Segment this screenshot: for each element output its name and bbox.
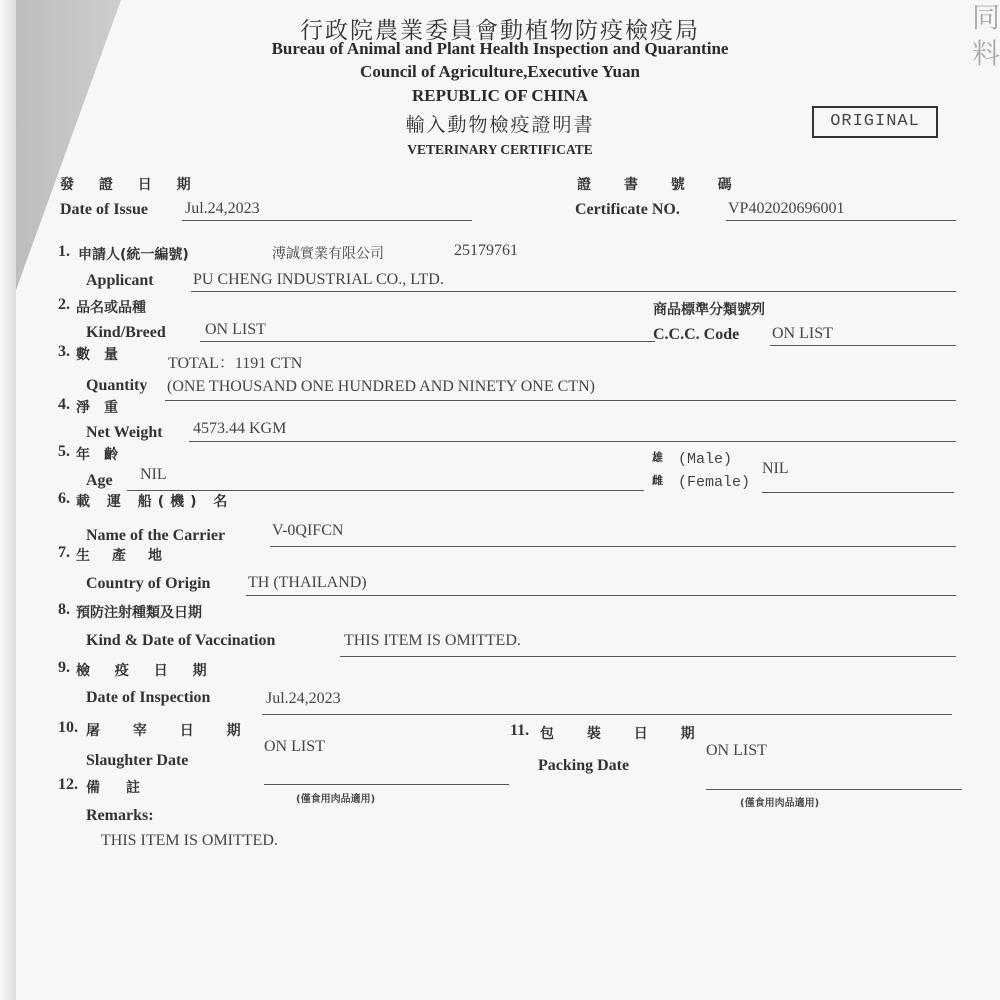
field-number: 9. <box>58 659 70 677</box>
net-weight-line <box>189 441 956 442</box>
slaughter-label-cn: 屠 宰 日 期 <box>86 720 255 740</box>
packing-label-cn: 包 裝 日 期 <box>540 723 709 743</box>
issue-date-value: Jul.24,2023 <box>185 200 260 218</box>
inspection-label: Date of Inspection <box>86 689 210 707</box>
kind-value: ON LIST <box>205 321 266 339</box>
age-value: NIL <box>140 466 167 484</box>
packing-label: Packing Date <box>538 757 629 775</box>
kind-label-cn: 品名或品種 <box>76 297 146 317</box>
net-weight-value: 4573.44 KGM <box>193 420 286 438</box>
carrier-value: V-0QIFCN <box>272 522 343 540</box>
age-label: Age <box>86 472 113 490</box>
field-number: 7. <box>58 544 70 562</box>
packing-line <box>706 789 962 790</box>
certificate-title-en: VETERINARY CERTIFICATE <box>0 142 1000 158</box>
original-stamp: ORIGINAL <box>812 106 938 138</box>
field-number: 11. <box>510 722 529 740</box>
female-label-cn: 雌 <box>652 472 663 488</box>
ccc-label-cn: 商品標準分類號列 <box>653 299 765 319</box>
vaccination-label: Kind & Date of Vaccination <box>86 632 275 650</box>
quantity-line <box>165 400 956 401</box>
inspection-value: Jul.24,2023 <box>266 690 341 708</box>
applicant-label: Applicant <box>86 272 154 290</box>
field-number: 8. <box>58 601 70 619</box>
kind-line <box>200 341 655 342</box>
applicant-tax-id: 25179761 <box>454 242 518 260</box>
inspection-label-cn: 檢 疫 日 期 <box>76 660 217 680</box>
applicant-name-cn: 溥誠實業有限公司 <box>272 243 384 263</box>
male-label-cn: 雄 <box>652 449 663 465</box>
net-weight-label-cn: 淨 重 <box>76 397 118 417</box>
remarks-value: THIS ITEM IS OMITTED. <box>101 832 278 850</box>
applicant-label-cn: 申請人(統一編號) <box>78 244 189 264</box>
field-number: 6. <box>58 490 70 508</box>
remarks-label-cn: 備 註 <box>86 777 146 797</box>
male-label: (Male) <box>678 451 732 468</box>
origin-line <box>246 595 956 596</box>
quantity-label-cn: 數 量 <box>76 344 118 364</box>
slaughter-value: ON LIST <box>264 738 325 756</box>
country-name: REPUBLIC OF CHINA <box>0 86 1000 106</box>
field-number: 4. <box>58 396 70 414</box>
field-number: 2. <box>58 296 70 314</box>
vaccination-line <box>340 656 956 657</box>
inspection-line <box>262 714 952 715</box>
issue-date-label-cn: 發 證 日 期 <box>60 174 201 194</box>
issue-date-label: Date of Issue <box>60 201 148 219</box>
vaccination-value: THIS ITEM IS OMITTED. <box>344 632 521 650</box>
field-number: 3. <box>58 343 70 361</box>
sex-value: NIL <box>762 460 789 478</box>
origin-label: Country of Origin <box>86 575 210 593</box>
carrier-line <box>270 546 956 547</box>
net-weight-label: Net Weight <box>86 424 163 442</box>
handwritten-note: 同 料 <box>972 0 1000 72</box>
slaughter-label: Slaughter Date <box>86 752 188 770</box>
quantity-value: (ONE THOUSAND ONE HUNDRED AND NINETY ONE… <box>167 378 595 396</box>
bureau-name-en: Bureau of Animal and Plant Health Inspec… <box>0 39 1000 59</box>
packing-value: ON LIST <box>706 742 767 760</box>
certificate-no-value: VP402020696001 <box>728 200 844 218</box>
origin-value: TH (THAILAND) <box>248 574 367 592</box>
female-label: (Female) <box>678 474 750 491</box>
certificate-no-label-cn: 證 書 號 碼 <box>577 174 746 194</box>
field-number: 1. <box>58 243 70 261</box>
ccc-label: C.C.C. Code <box>653 326 739 344</box>
council-name: Council of Agriculture,Executive Yuan <box>0 62 1000 82</box>
slaughter-line <box>264 784 509 785</box>
field-number: 12. <box>58 776 78 794</box>
ccc-line <box>770 345 956 346</box>
field-number: 10. <box>58 719 78 737</box>
kind-label: Kind/Breed <box>86 324 166 342</box>
quantity-label: Quantity <box>86 377 147 395</box>
slaughter-note: (僅食用肉品適用) <box>296 790 375 805</box>
packing-note: (僅食用肉品適用) <box>740 794 819 809</box>
sex-line <box>762 492 954 493</box>
vaccination-label-cn: 預防注射種類及日期 <box>76 602 202 622</box>
ccc-value: ON LIST <box>772 325 833 343</box>
certificate-no-line <box>726 220 956 221</box>
certificate-no-label: Certificate NO. <box>575 201 680 219</box>
carrier-label: Name of the Carrier <box>86 527 225 545</box>
quantity-total: TOTAL：1191 CTN <box>168 350 302 373</box>
applicant-value: PU CHENG INDUSTRIAL CO., LTD. <box>193 271 444 289</box>
field-number: 5. <box>58 443 70 461</box>
issue-date-line <box>182 220 472 221</box>
applicant-line <box>191 291 956 292</box>
origin-label-cn: 生 產 地 <box>76 545 166 565</box>
carrier-label-cn: 載 運 船(機) 名 <box>76 491 233 511</box>
age-label-cn: 年 齡 <box>76 444 118 464</box>
remarks-label: Remarks: <box>86 807 154 825</box>
